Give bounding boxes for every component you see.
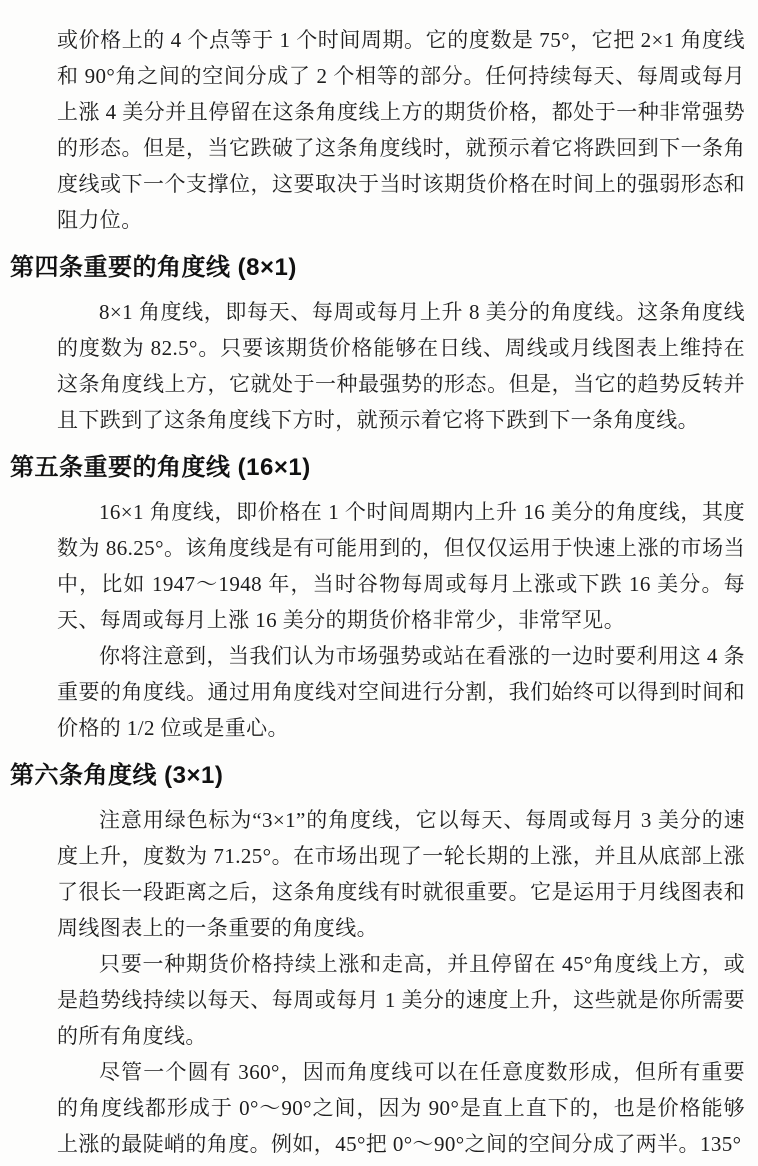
body-paragraph: 8×1 角度线，即每天、每周或每月上升 8 美分的角度线。这条角度线的度数为 8… (57, 294, 745, 438)
book-page: 或价格上的 4 个点等于 1 个时间周期。它的度数是 75°，它把 2×1 角度… (0, 0, 758, 1166)
body-paragraph: 16×1 角度线，即价格在 1 个时间周期内上升 16 美分的角度线，其度数为 … (57, 494, 745, 638)
section-heading: 第六条角度线 (3×1) (10, 757, 745, 794)
section-heading: 第四条重要的角度线 (8×1) (10, 249, 745, 286)
section-heading: 第五条重要的角度线 (16×1) (10, 449, 745, 486)
body-paragraph: 或价格上的 4 个点等于 1 个时间周期。它的度数是 75°，它把 2×1 角度… (57, 22, 745, 238)
body-paragraph: 只要一种期货价格持续上涨和走高，并且停留在 45°角度线上方，或是趋势线持续以每… (57, 946, 745, 1054)
body-paragraph: 注意用绿色标为“3×1”的角度线，它以每天、每周或每月 3 美分的速度上升，度数… (57, 802, 745, 946)
body-paragraph: 你将注意到，当我们认为市场强势或站在看涨的一边时要利用这 4 条重要的角度线。通… (57, 638, 745, 746)
body-paragraph: 尽管一个圆有 360°，因而角度线可以在任意度数形成，但所有重要的角度线都形成于… (57, 1054, 745, 1162)
